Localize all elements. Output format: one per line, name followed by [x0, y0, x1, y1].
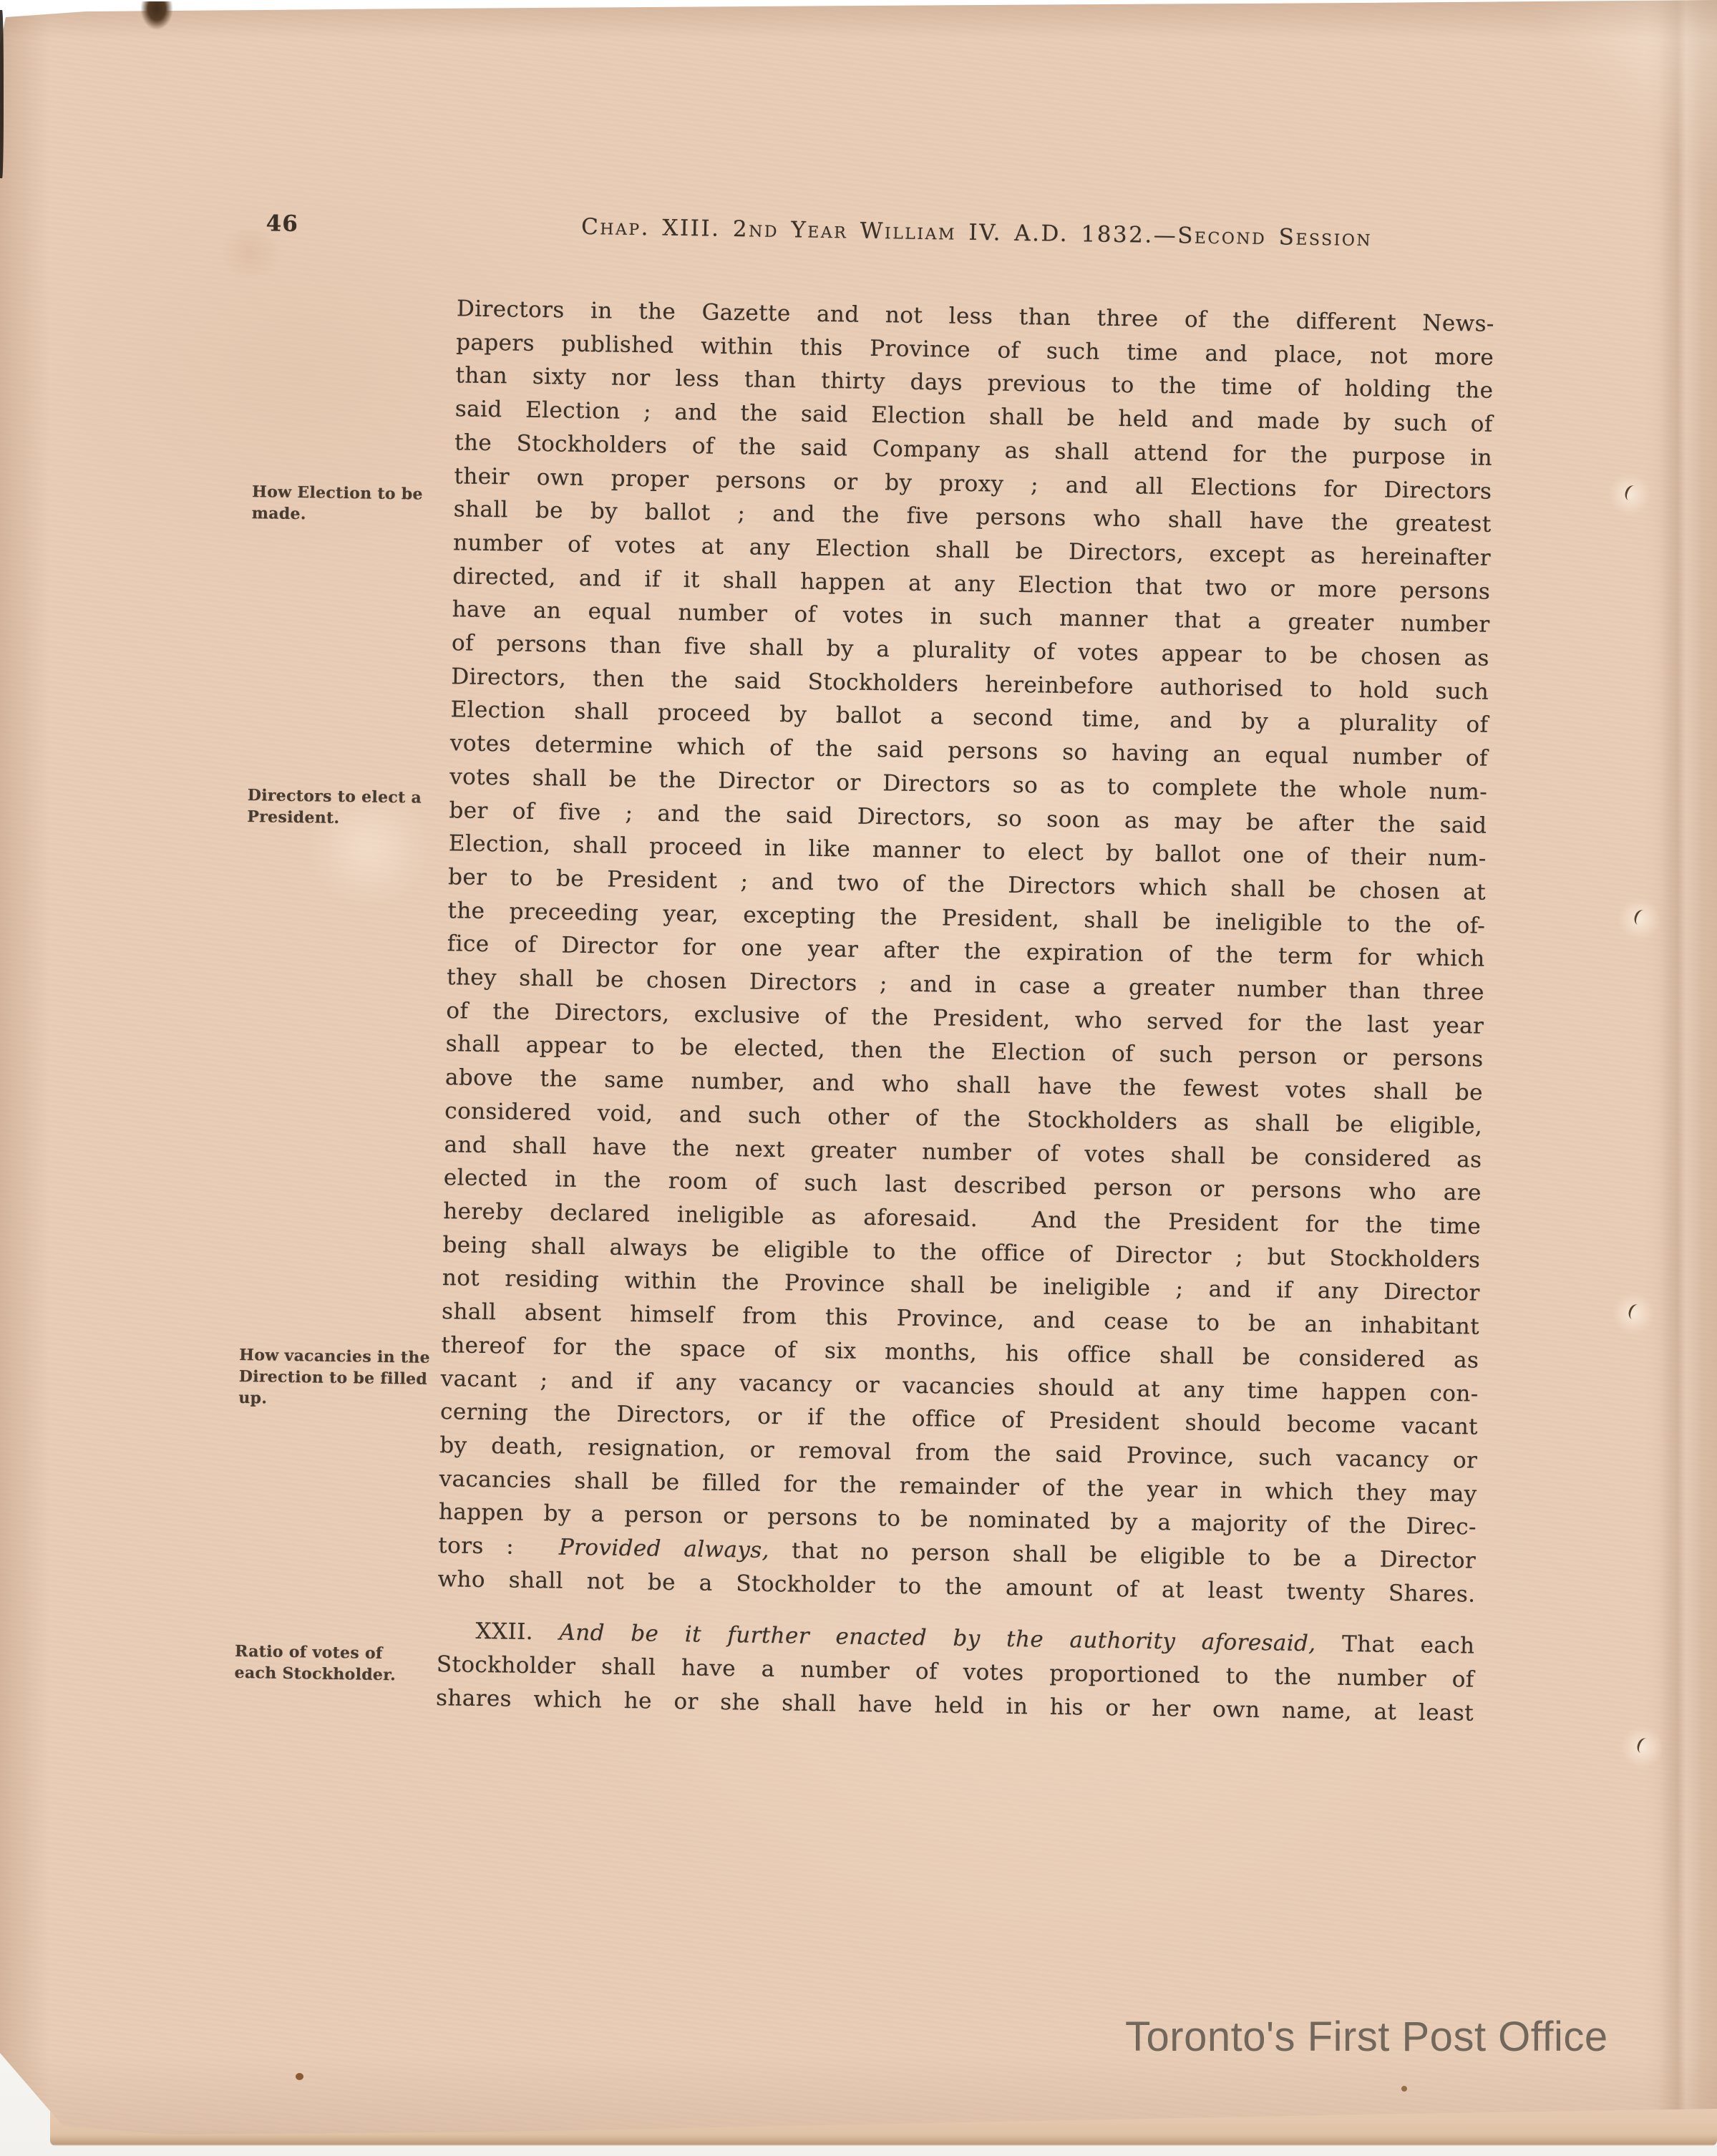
scanned-document-page: { "page": { "number": "46", "header_titl…: [0, 0, 1717, 2156]
paragraph-election-of-directors: Directors in the Gazette and not less th…: [437, 292, 1494, 1611]
left-edge-shadow: [0, 10, 4, 178]
margin-note-vacancies: How vacancies in the Direction to be fil…: [238, 1344, 435, 1412]
body-text-column: Directors in the Gazette and not less th…: [436, 292, 1494, 1730]
printed-content: 46 Chap. XIII. 2nd Year William IV. A.D.…: [227, 209, 1509, 1802]
stitching-hole: [1616, 898, 1662, 940]
watermark-text: Toronto's First Post Office: [1125, 2013, 1608, 2061]
stitching-hole: [1619, 1727, 1665, 1768]
margin-note-election: How Election to be made.: [251, 481, 432, 527]
margin-note-president: Directors to elect a President.: [247, 785, 428, 830]
paper-fleck: [296, 2073, 303, 2080]
top-edge-tear-mark: [140, 1, 173, 30]
stitching-hole: [1607, 474, 1653, 515]
margin-note-votes-ratio: Ratio of votes of each Stockholder.: [234, 1641, 422, 1686]
paragraph-clause-xxii: XXII. And be it further enacted by the a…: [436, 1615, 1475, 1731]
paper-fleck: [1401, 2086, 1407, 2092]
stitching-hole: [1610, 1293, 1656, 1334]
page-number: 46: [266, 210, 298, 237]
